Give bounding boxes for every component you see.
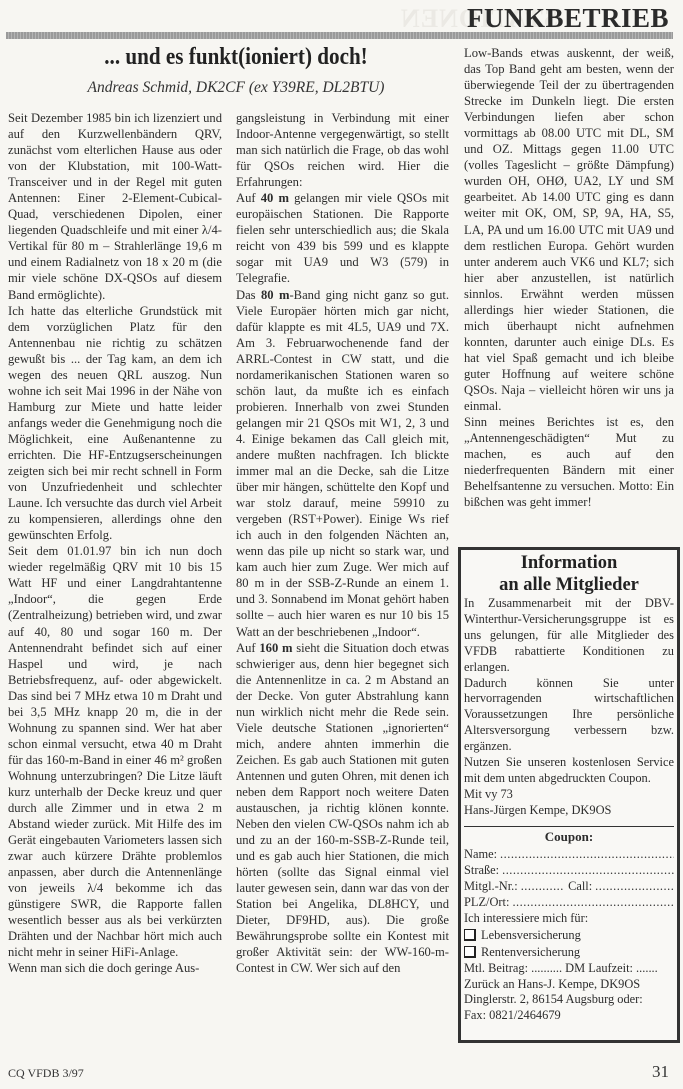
page-number: 31	[652, 1062, 669, 1082]
paragraph: Seit Dezember 1985 bin ich lizenziert un…	[8, 110, 222, 303]
interest-label: Ich interessiere mich für:	[464, 910, 674, 927]
article-byline: Andreas Schmid, DK2CF (ex Y39RE, DL2BTU)	[26, 79, 446, 97]
band-80m: 80 m	[261, 288, 289, 302]
header-rule	[6, 32, 673, 39]
info-paragraph: Dadurch können Sie unter hervorragenden …	[464, 676, 674, 756]
article-title: ... und es funkt(ioniert) doch!	[51, 44, 421, 71]
info-paragraph: Nutzen Sie unseren kostenlosen Service m…	[464, 755, 674, 787]
checkbox-icon[interactable]	[464, 946, 476, 958]
article-column-1: Seit Dezember 1985 bin ich lizenziert un…	[8, 110, 222, 977]
article-column-2: gangsleistung in Verbindung mit einer In…	[236, 110, 449, 977]
member-call-field[interactable]: Mitgl.-Nr.:Call:	[464, 878, 674, 894]
paragraph-80m: Das 80 m-Band ging nicht ganz so gut. Vi…	[236, 287, 449, 640]
pension-insurance-option[interactable]: Rentenversicherung	[464, 944, 674, 961]
coupon-title: Coupon:	[464, 829, 674, 845]
band-160m: 160 m	[259, 641, 292, 655]
paragraph-160m: Auf 160 m sieht die Situation doch etwas…	[236, 640, 449, 977]
paragraph: Low-Bands etwas auskennt, der weiß, das …	[464, 45, 674, 414]
contribution-line: Mtl. Beitrag: .......... DM Laufzeit: ..…	[464, 961, 674, 977]
street-field[interactable]: Straße:	[464, 862, 674, 878]
signoff: Mit vy 73	[464, 787, 674, 803]
name-field[interactable]: Name:	[464, 846, 674, 862]
signature: Hans-Jürgen Kempe, DK9OS	[464, 803, 674, 819]
band-40m: 40 m	[261, 191, 289, 205]
section-title: FUNKBETRIEB	[467, 3, 669, 34]
paragraph: Ich hatte das elterliche Grundstück mit …	[8, 303, 222, 544]
return-address-line: Zurück an Hans-J. Kempe, DK9OS	[464, 977, 674, 993]
checkbox-icon[interactable]	[464, 929, 476, 941]
member-info-box: Informationan alle Mitglieder In Zusamme…	[458, 547, 680, 1043]
info-paragraph: In Zusammenarbeit mit der DBV-Winterthur…	[464, 596, 674, 676]
coupon-divider	[464, 826, 674, 827]
paragraph-40m: Auf 40 m gelangen mir viele QSOs mit eur…	[236, 190, 449, 286]
plz-field[interactable]: PLZ/Ort:	[464, 894, 674, 910]
paragraph: Seit dem 01.01.97 bin ich nun doch wiede…	[8, 543, 222, 960]
return-address-line: Dinglerstr. 2, 86154 Augsburg oder:	[464, 992, 674, 1008]
paragraph: Sinn meines Berichtes ist es, den „Anten…	[464, 414, 674, 510]
article-column-3: Low-Bands etwas auskennt, der weiß, das …	[464, 45, 674, 510]
paragraph: gangsleistung in Verbindung mit einer In…	[236, 110, 449, 190]
publication-footer: CQ VFDB 3/97	[8, 1066, 84, 1081]
paragraph: Wenn man sich die doch geringe Aus-	[8, 960, 222, 976]
fax-line: Fax: 0821/2464679	[464, 1008, 674, 1024]
info-box-title: Informationan alle Mitglieder	[464, 552, 674, 596]
life-insurance-option[interactable]: Lebensversicherung	[464, 927, 674, 944]
